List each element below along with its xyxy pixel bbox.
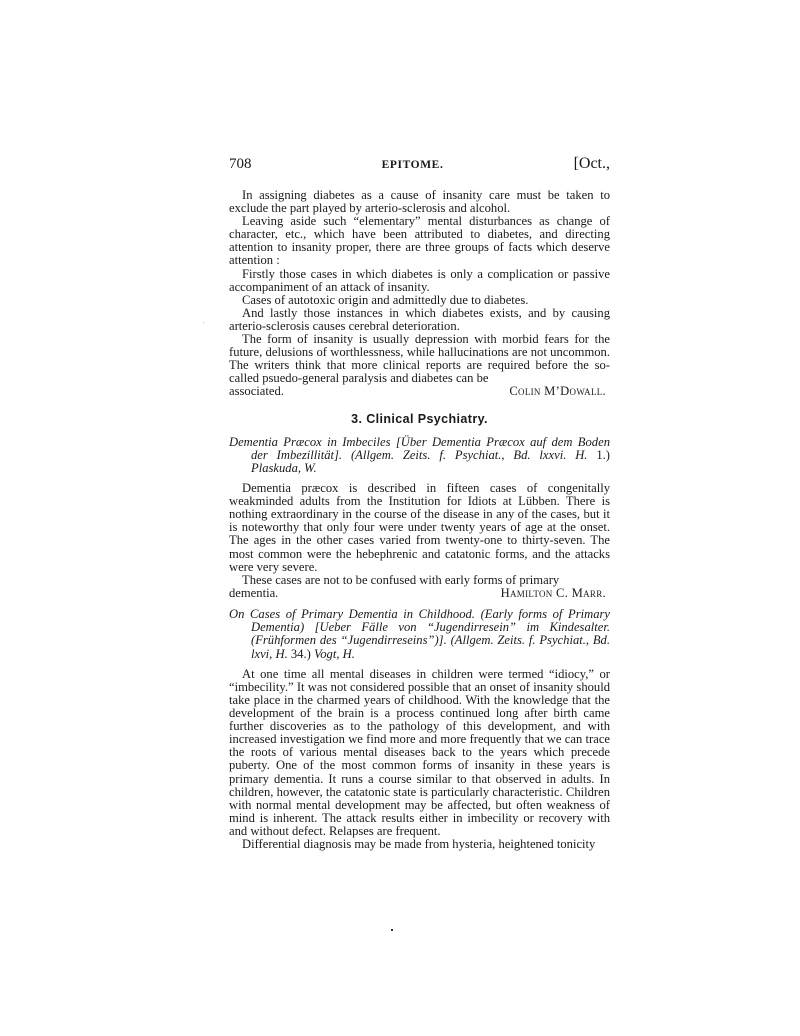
page-number: 708 [229, 156, 252, 173]
citation: Dementia Præcox in Imbeciles [Über Demen… [229, 436, 610, 476]
citation: On Cases of Primary Dementia in Childhoo… [229, 608, 610, 661]
citation-prefix: On [229, 607, 244, 621]
book-page: 708 EPITOME. [Oct., In assigning diabete… [229, 155, 610, 851]
paragraph: These cases are not to be confused with … [229, 574, 610, 587]
citation-author: Vogt, H. [314, 647, 355, 661]
running-head: 708 EPITOME. [Oct., [229, 155, 610, 175]
article-diabetes-insanity: In assigning diabetes as a cause of insa… [229, 189, 610, 399]
paragraph: Cases of autotoxic origin and admittedly… [229, 294, 610, 307]
paragraph: Firstly those cases in which diabetes is… [229, 268, 610, 294]
paragraph: In assigning diabetes as a cause of insa… [229, 189, 610, 215]
citation-issue: 34.) [291, 647, 311, 661]
closing-word: dementia. [229, 587, 278, 600]
section-heading: 3. Clinical Psychiatry. [229, 412, 610, 426]
paragraph: At one time all mental diseases in child… [229, 668, 610, 838]
closing-word: associated. [229, 385, 284, 398]
paragraph: Differential diagnosis may be made from … [229, 838, 610, 851]
paragraph: And lastly those instances in which diab… [229, 307, 610, 333]
article-primary-dementia-childhood: On Cases of Primary Dementia in Childhoo… [229, 608, 610, 851]
author-signature: Colin M’Dowall. [509, 385, 610, 398]
citation-issue: 1.) [596, 448, 610, 462]
issue-date: [Oct., [574, 155, 610, 173]
citation-author: Plaskuda, W. [251, 461, 317, 475]
paragraph: The form of insanity is usually depressi… [229, 333, 610, 385]
running-title: EPITOME. [382, 159, 444, 171]
signature-line: associated. Colin M’Dowall. [229, 385, 610, 398]
citation-title: Cases of Primary Dementia in Childhood. [250, 607, 475, 621]
citation-title: Dementia Præcox in Imbeciles [229, 435, 391, 449]
scan-dot [391, 929, 393, 931]
paragraph: Leaving aside such “elementary” mental d… [229, 215, 610, 267]
article-dementia-praecox-imbeciles: Dementia Præcox in Imbeciles [Über Demen… [229, 436, 610, 600]
citation-journal: (Allgem. Zeits. f. Psychiat., Bd. lxxvi.… [351, 448, 588, 462]
author-signature: Hamilton C. Marr. [501, 587, 610, 600]
scan-speck [203, 322, 204, 323]
paragraph: Dementia præcox is described in fifteen … [229, 482, 610, 574]
signature-line: dementia. Hamilton C. Marr. [229, 587, 610, 600]
